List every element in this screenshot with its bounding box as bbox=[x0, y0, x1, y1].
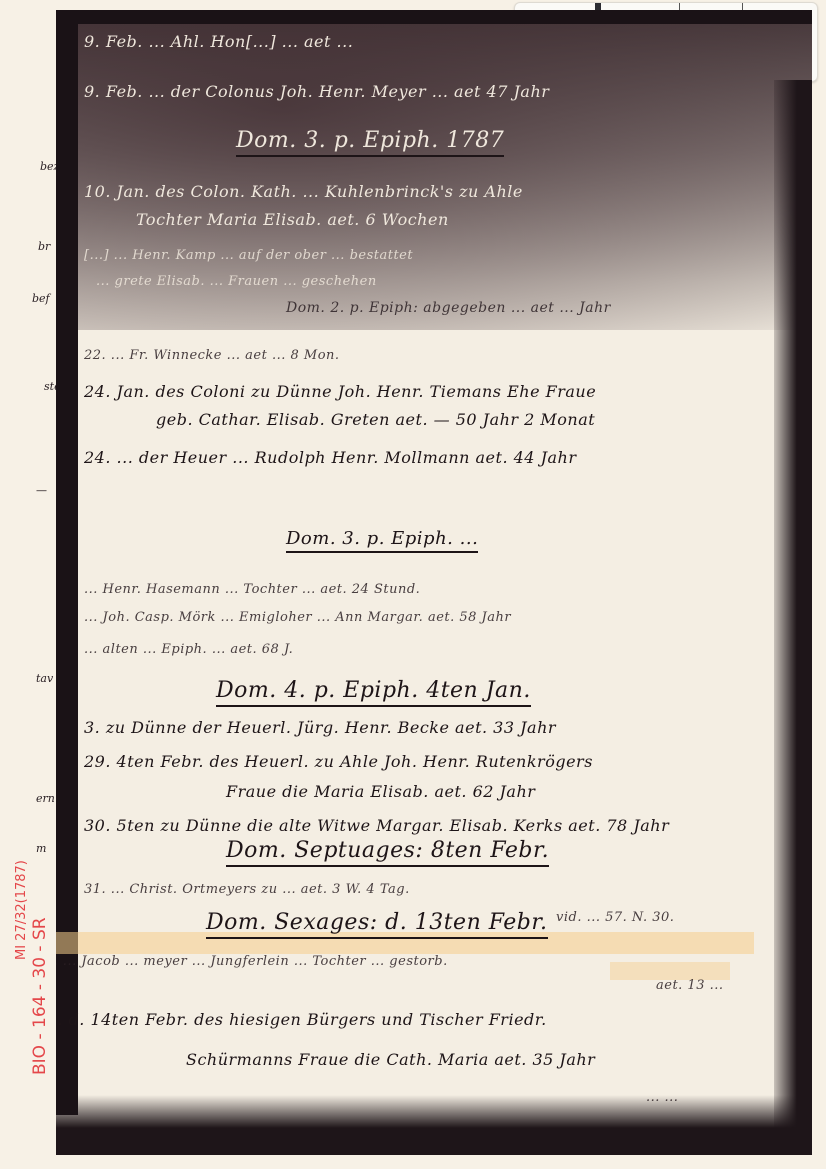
register-entry: ... Henr. Hasemann ... Tochter ... aet. … bbox=[84, 582, 420, 597]
register-entry: 24. ... der Heuer ... Rudolph Henr. Moll… bbox=[84, 448, 576, 467]
register-entry: Dom. 2. p. Epiph: abgegeben ... aet ... … bbox=[286, 300, 611, 316]
section-heading: Dom. 3. p. Epiph. 1787 bbox=[236, 128, 504, 153]
register-entry: ... grete Elisab. ... Frauen ... gescheh… bbox=[96, 274, 377, 289]
margin-note: ern bbox=[36, 792, 55, 805]
register-entry: 33. d. 14ten Febr. des hiesigen Bürgers … bbox=[56, 1010, 547, 1029]
register-entry: ... Joh. Casp. Mörk ... Emigloher ... An… bbox=[84, 610, 511, 625]
register-entry-highlighted: aet. 13 ... bbox=[656, 978, 724, 993]
register-entry: 10. Jan. des Colon. Kath. ... Kuhlenbrin… bbox=[84, 182, 523, 201]
register-entry: Schürmanns Fraue die Cath. Maria aet. 35… bbox=[186, 1050, 595, 1069]
register-entry: geb. Cathar. Elisab. Greten aet. — 50 Ja… bbox=[156, 410, 595, 429]
section-heading: Dom. Sexages: d. 13ten Febr. bbox=[206, 910, 548, 935]
register-entry: 3. zu Dünne der Heuerl. Jürg. Henr. Beck… bbox=[84, 718, 556, 737]
register-entry: ... alten ... Epiph. ... aet. 68 J. bbox=[84, 642, 293, 657]
archival-mark-1: MI 27/32(1787) bbox=[14, 860, 29, 960]
register-entry: 9. Feb. ... Ahl. Hon[...] ... aet ... bbox=[84, 32, 353, 51]
register-entry: Tochter Maria Elisab. aet. 6 Wochen bbox=[136, 210, 449, 229]
archival-mark-2: BIO - 164 - 30 - SR bbox=[30, 917, 50, 1075]
register-entry: 22. ... Fr. Winnecke ... aet ... 8 Mon. bbox=[84, 348, 340, 363]
margin-note: br bbox=[38, 240, 50, 253]
register-entry: 31. ... Christ. Ortmeyers zu ... aet. 3 … bbox=[84, 882, 410, 897]
register-page: 9. Feb. ... Ahl. Hon[...] ... aet ... 9.… bbox=[56, 10, 812, 1155]
register-entry: 24. Jan. des Coloni zu Dünne Joh. Henr. … bbox=[84, 382, 596, 401]
section-heading: Dom. 4. p. Epiph. 4ten Jan. bbox=[216, 678, 531, 703]
section-heading: Dom. 3. p. Epiph. ... bbox=[286, 528, 478, 549]
margin-note: bef bbox=[32, 292, 50, 305]
margin-note: tav bbox=[36, 672, 53, 685]
register-entry: 30. 5ten zu Dünne die alte Witwe Margar.… bbox=[84, 816, 669, 835]
page-top-edge bbox=[56, 10, 812, 24]
highlight-marker bbox=[56, 932, 754, 954]
margin-note: — bbox=[36, 484, 47, 497]
register-entry: 29. 4ten Febr. des Heuerl. zu Ahle Joh. … bbox=[84, 752, 593, 771]
register-entry: 9. Feb. ... der Colonus Joh. Henr. Meyer… bbox=[84, 82, 549, 101]
register-entry-highlighted: 32. ... Jacob ... meyer ... Jungferlein … bbox=[56, 954, 448, 969]
register-entry: [...] ... Henr. Kamp ... auf der ober ..… bbox=[84, 248, 413, 263]
page-bottom-edge bbox=[56, 1095, 812, 1155]
register-entry: vid. ... 57. N. 30. bbox=[556, 910, 674, 925]
page-right-edge bbox=[774, 80, 812, 1155]
register-entry: Fraue die Maria Elisab. aet. 62 Jahr bbox=[226, 782, 535, 801]
margin-note: m bbox=[36, 842, 46, 855]
section-heading: Dom. Septuages: 8ten Febr. bbox=[226, 838, 549, 863]
register-entry: ... ... bbox=[646, 1090, 678, 1105]
